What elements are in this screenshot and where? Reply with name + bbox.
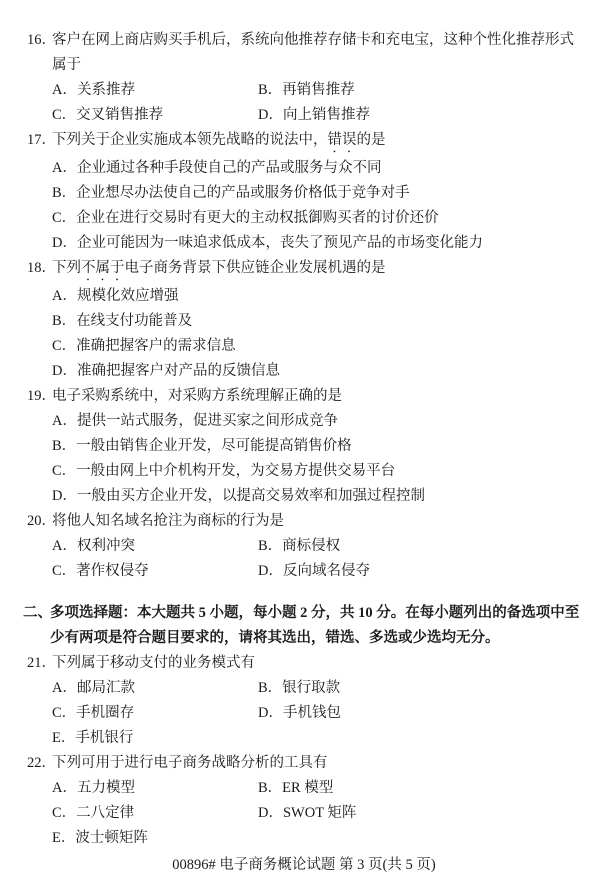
stem-text: 客户在网上商店购买手机后，系统向他推荐存储卡和充电宝，这种个性化推荐形式属于: [52, 32, 574, 73]
option: B．再销售推荐: [258, 78, 582, 103]
option: D．一般由买方企业开发，以提高交易效率和加强过程控制: [52, 484, 582, 509]
option: C．著作权侵夺: [52, 559, 258, 584]
option: D．手机钱包: [258, 701, 582, 726]
emphasized-text: 错误: [328, 132, 357, 148]
stem-text: 的是: [357, 132, 386, 148]
options-list: A．邮局汇款B．银行取款C．手机圈存D．手机钱包E．手机银行: [52, 676, 582, 751]
question-number: 22．: [27, 751, 56, 776]
section-marker: 二、: [23, 601, 52, 626]
option: A．提供一站式服务，促进买家之间形成竞争: [52, 409, 582, 434]
question-number: 18．: [27, 256, 56, 281]
option: B．银行取款: [258, 676, 582, 701]
question-stem: 下列关于企业实施成本领先战略的说法中，错误的是: [52, 128, 582, 156]
question-number: 21．: [27, 651, 56, 676]
question: 17．下列关于企业实施成本领先战略的说法中，错误的是A．企业通过各种手段使自己的…: [0, 128, 582, 256]
options-list: A．企业通过各种手段使自己的产品或服务与众不同B．企业想尽办法使自己的产品或服务…: [52, 156, 582, 256]
option: C．企业在进行交易时有更大的主动权抵御购买者的讨价还价: [52, 206, 582, 231]
options-list: A．五力模型B．ER 模型C．二八定律D．SWOT 矩阵E．波士顿矩阵: [52, 776, 582, 851]
question-stem: 下列不属于电子商务背景下供应链企业发展机遇的是: [52, 256, 582, 284]
stem-text: 下列关于企业实施成本领先战略的说法中，: [52, 132, 328, 148]
question-number: 20．: [27, 509, 56, 534]
exam-page: 16．客户在网上商店购买手机后，系统向他推荐存储卡和充电宝，这种个性化推荐形式属…: [0, 0, 608, 888]
question-number: 17．: [27, 128, 56, 153]
option: A．规模化效应增强: [52, 284, 582, 309]
question-stem: 下列属于移动支付的业务模式有: [52, 651, 582, 676]
option: C．一般由网上中介机构开发，为交易方提供交易平台: [52, 459, 582, 484]
question: 20．将他人知名域名抢注为商标的行为是A．权利冲突B．商标侵权C．著作权侵夺D．…: [0, 509, 582, 584]
option: A．权利冲突: [52, 534, 258, 559]
option: B．ER 模型: [258, 776, 582, 801]
question-stem: 将他人知名域名抢注为商标的行为是: [52, 509, 582, 534]
options-list: A．提供一站式服务，促进买家之间形成竞争B．一般由销售企业开发，尽可能提高销售价…: [52, 409, 582, 509]
options-list: A．权利冲突B．商标侵权C．著作权侵夺D．反向域名侵夺: [52, 534, 582, 584]
option: A．关系推荐: [52, 78, 258, 103]
option: B．在线支付功能普及: [52, 309, 582, 334]
option: A．五力模型: [52, 776, 258, 801]
option: E．波士顿矩阵: [52, 826, 258, 851]
option: C．交叉销售推荐: [52, 103, 258, 128]
option: C．手机圈存: [52, 701, 258, 726]
option: B．商标侵权: [258, 534, 582, 559]
options-list: A．规模化效应增强B．在线支付功能普及C．准确把握客户的需求信息D．准确把握客户…: [52, 284, 582, 384]
question-stem: 下列可用于进行电子商务战略分析的工具有: [52, 751, 582, 776]
option: B．一般由销售企业开发，尽可能提高销售价格: [52, 434, 582, 459]
page-footer: 00896# 电子商务概论试题 第 3 页(共 5 页): [0, 853, 608, 878]
option: A．邮局汇款: [52, 676, 258, 701]
question: 16．客户在网上商店购买手机后，系统向他推荐存储卡和充电宝，这种个性化推荐形式属…: [0, 28, 582, 128]
stem-text: 下列可用于进行电子商务战略分析的工具有: [52, 755, 328, 771]
question-stem: 电子采购系统中，对采购方系统理解正确的是: [52, 384, 582, 409]
option: D．准确把握客户对产品的反馈信息: [52, 359, 582, 384]
stem-text: 将他人知名域名抢注为商标的行为是: [52, 513, 284, 529]
question-number: 16．: [27, 28, 56, 53]
option: C．准确把握客户的需求信息: [52, 334, 582, 359]
emphasized-text: 不属于: [81, 260, 125, 276]
stem-text: 电子商务背景下供应链企业发展机遇的是: [125, 260, 386, 276]
question: 19．电子采购系统中，对采购方系统理解正确的是A．提供一站式服务，促进买家之间形…: [0, 384, 582, 509]
question-area: 16．客户在网上商店购买手机后，系统向他推荐存储卡和充电宝，这种个性化推荐形式属…: [0, 0, 608, 851]
question: 22．下列可用于进行电子商务战略分析的工具有A．五力模型B．ER 模型C．二八定…: [0, 751, 582, 851]
option: E．手机银行: [52, 726, 258, 751]
section-text: 多项选择题：本大题共 5 小题，每小题 2 分，共 10 分。在每小题列出的备选…: [50, 601, 582, 651]
option: B．企业想尽办法使自己的产品或服务价格低于竞争对手: [52, 181, 582, 206]
option: D．SWOT 矩阵: [258, 801, 582, 826]
question: 18．下列不属于电子商务背景下供应链企业发展机遇的是A．规模化效应增强B．在线支…: [0, 256, 582, 384]
options-list: A．关系推荐B．再销售推荐C．交叉销售推荐D．向上销售推荐: [52, 78, 582, 128]
stem-text: 下列: [52, 260, 81, 276]
option: D．向上销售推荐: [258, 103, 582, 128]
option: D．反向域名侵夺: [258, 559, 582, 584]
question-stem: 客户在网上商店购买手机后，系统向他推荐存储卡和充电宝，这种个性化推荐形式属于: [52, 28, 582, 78]
question: 21．下列属于移动支付的业务模式有A．邮局汇款B．银行取款C．手机圈存D．手机钱…: [0, 651, 582, 751]
option: C．二八定律: [52, 801, 258, 826]
stem-text: 下列属于移动支付的业务模式有: [52, 655, 255, 671]
option: D．企业可能因为一味追求低成本，丧失了预见产品的市场变化能力: [52, 231, 582, 256]
stem-text: 电子采购系统中，对采购方系统理解正确的是: [52, 388, 342, 404]
section-heading: 二、多项选择题：本大题共 5 小题，每小题 2 分，共 10 分。在每小题列出的…: [0, 601, 582, 651]
option: A．企业通过各种手段使自己的产品或服务与众不同: [52, 156, 582, 181]
question-number: 19．: [27, 384, 56, 409]
